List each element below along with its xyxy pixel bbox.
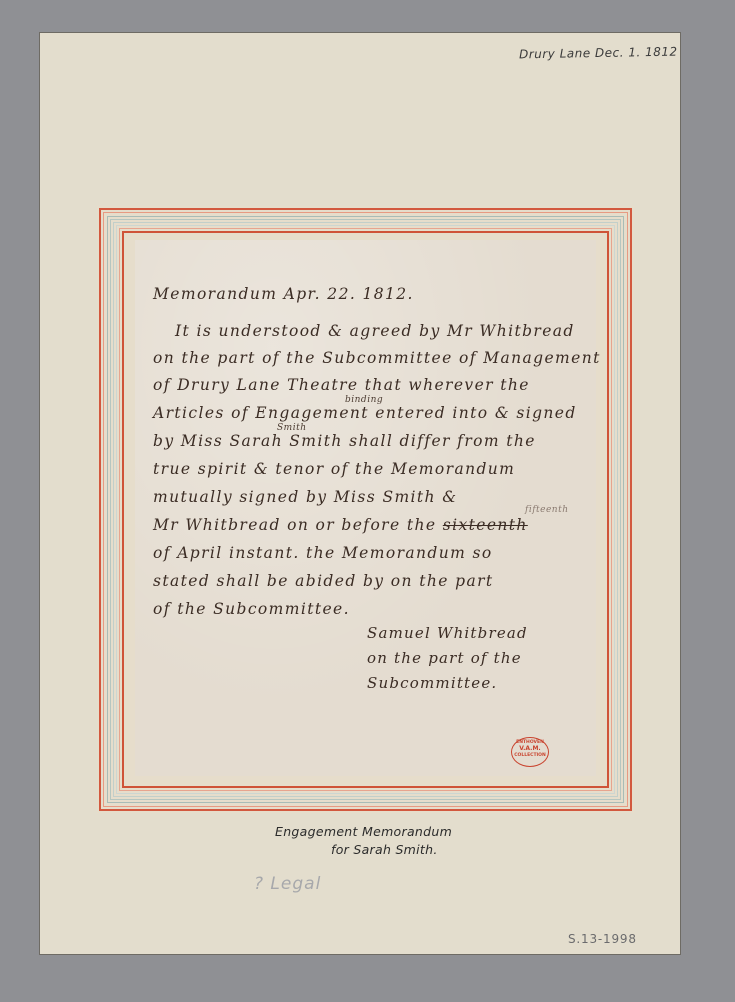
stamp-bottom-text: COLLECTION [512,753,548,758]
letter-line-text: Mr Whitbread on or before the [153,516,436,534]
letter-line: of April instant. the Memorandum so [153,544,578,562]
mount-board: Drury Lane Dec. 1. 1812 Memorandum Apr. … [39,32,681,955]
struck-word: sixteenth [443,516,528,534]
letter-line: It is understood & agreed by Mr Whitbrea… [175,322,578,340]
letter-line: on the part of the Subcommittee of Manag… [153,349,578,367]
accession-number: S.13-1998 [568,932,637,946]
collection-stamp: ENTHOVEN V.A.M. COLLECTION [511,737,549,767]
letter-line: stated shall be abided by on the part [153,572,578,590]
letter-line: of the Subcommittee. [153,600,578,618]
interlinear-insert: fifteenth [525,505,569,515]
letter-line: Mr Whitbread on or before the sixteenth [153,516,578,534]
letter-line: by Miss Sarah Smith shall differ from th… [153,432,578,450]
letter-line-heading: Memorandum Apr. 22. 1812. [153,285,578,303]
signature-name: Samuel Whitbread [367,624,578,642]
letter-line: true spirit & tenor of the Memorandum [153,460,578,478]
caption-line-2: for Sarah Smith. [331,842,438,857]
signature-line: Subcommittee. [367,674,578,692]
top-right-note: Drury Lane Dec. 1. 1812 [519,45,678,62]
letter-line: of Drury Lane Theatre that wherever the [153,376,578,394]
pencil-note: ? Legal [254,874,321,894]
handwritten-letter: Memorandum Apr. 22. 1812. It is understo… [135,240,596,776]
signature-line: on the part of the [367,649,578,667]
decorative-frame: Memorandum Apr. 22. 1812. It is understo… [97,206,634,813]
stamp-middle-text: V.A.M. [512,745,548,753]
caption-line-1: Engagement Memorandum [275,824,452,839]
letter-line: mutually signed by Miss Smith & [153,488,578,506]
letter-line: Articles of Engagement entered into & si… [153,404,578,422]
